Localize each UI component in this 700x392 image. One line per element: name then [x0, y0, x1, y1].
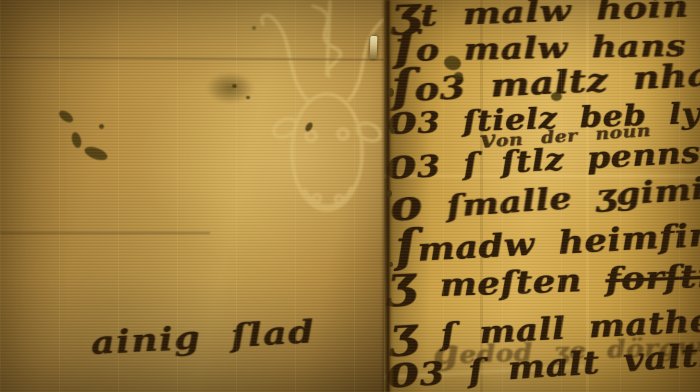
watermark-left-horn	[262, 15, 307, 100]
left-page: ainig ſlad	[0, 0, 384, 392]
ink-stain	[99, 124, 104, 129]
watermark-right-ear	[355, 120, 384, 145]
watermark-head	[292, 94, 362, 210]
ink-stain	[454, 72, 463, 80]
seam-ink-speck	[387, 190, 392, 197]
watermark-right-eye	[338, 129, 348, 139]
seam-ink-speck	[388, 88, 394, 97]
watermark-left-eye	[306, 131, 316, 141]
ink-speck	[232, 84, 237, 88]
ink-stain	[551, 92, 562, 101]
watermark-nostril	[314, 195, 321, 202]
manuscript-photo: ainig ſlad ʒt malw hoin vom ſo malw hans…	[0, 0, 700, 392]
ink-stain	[83, 144, 109, 163]
watermark-right-horn	[349, 19, 384, 100]
fold-crease	[0, 232, 210, 234]
watermark-staff	[327, 0, 330, 74]
watermark-left-ear	[271, 115, 300, 141]
ink-stain	[57, 108, 75, 125]
ink-stain	[70, 131, 83, 149]
right-page: ʒt malw hoin vom ſo malw hans r ſo3 malt…	[384, 0, 700, 392]
owner-inscription: ainig ſlad	[90, 312, 316, 362]
ox-head-watermark	[255, 0, 384, 235]
watermark-nostril	[336, 196, 343, 203]
seam-ink-speck	[390, 128, 395, 134]
ink-speck	[246, 96, 250, 99]
ink-speck	[252, 26, 256, 30]
binding-clasp	[370, 36, 378, 59]
smudge-stain	[206, 72, 254, 104]
seam-ink-speck	[389, 262, 393, 267]
